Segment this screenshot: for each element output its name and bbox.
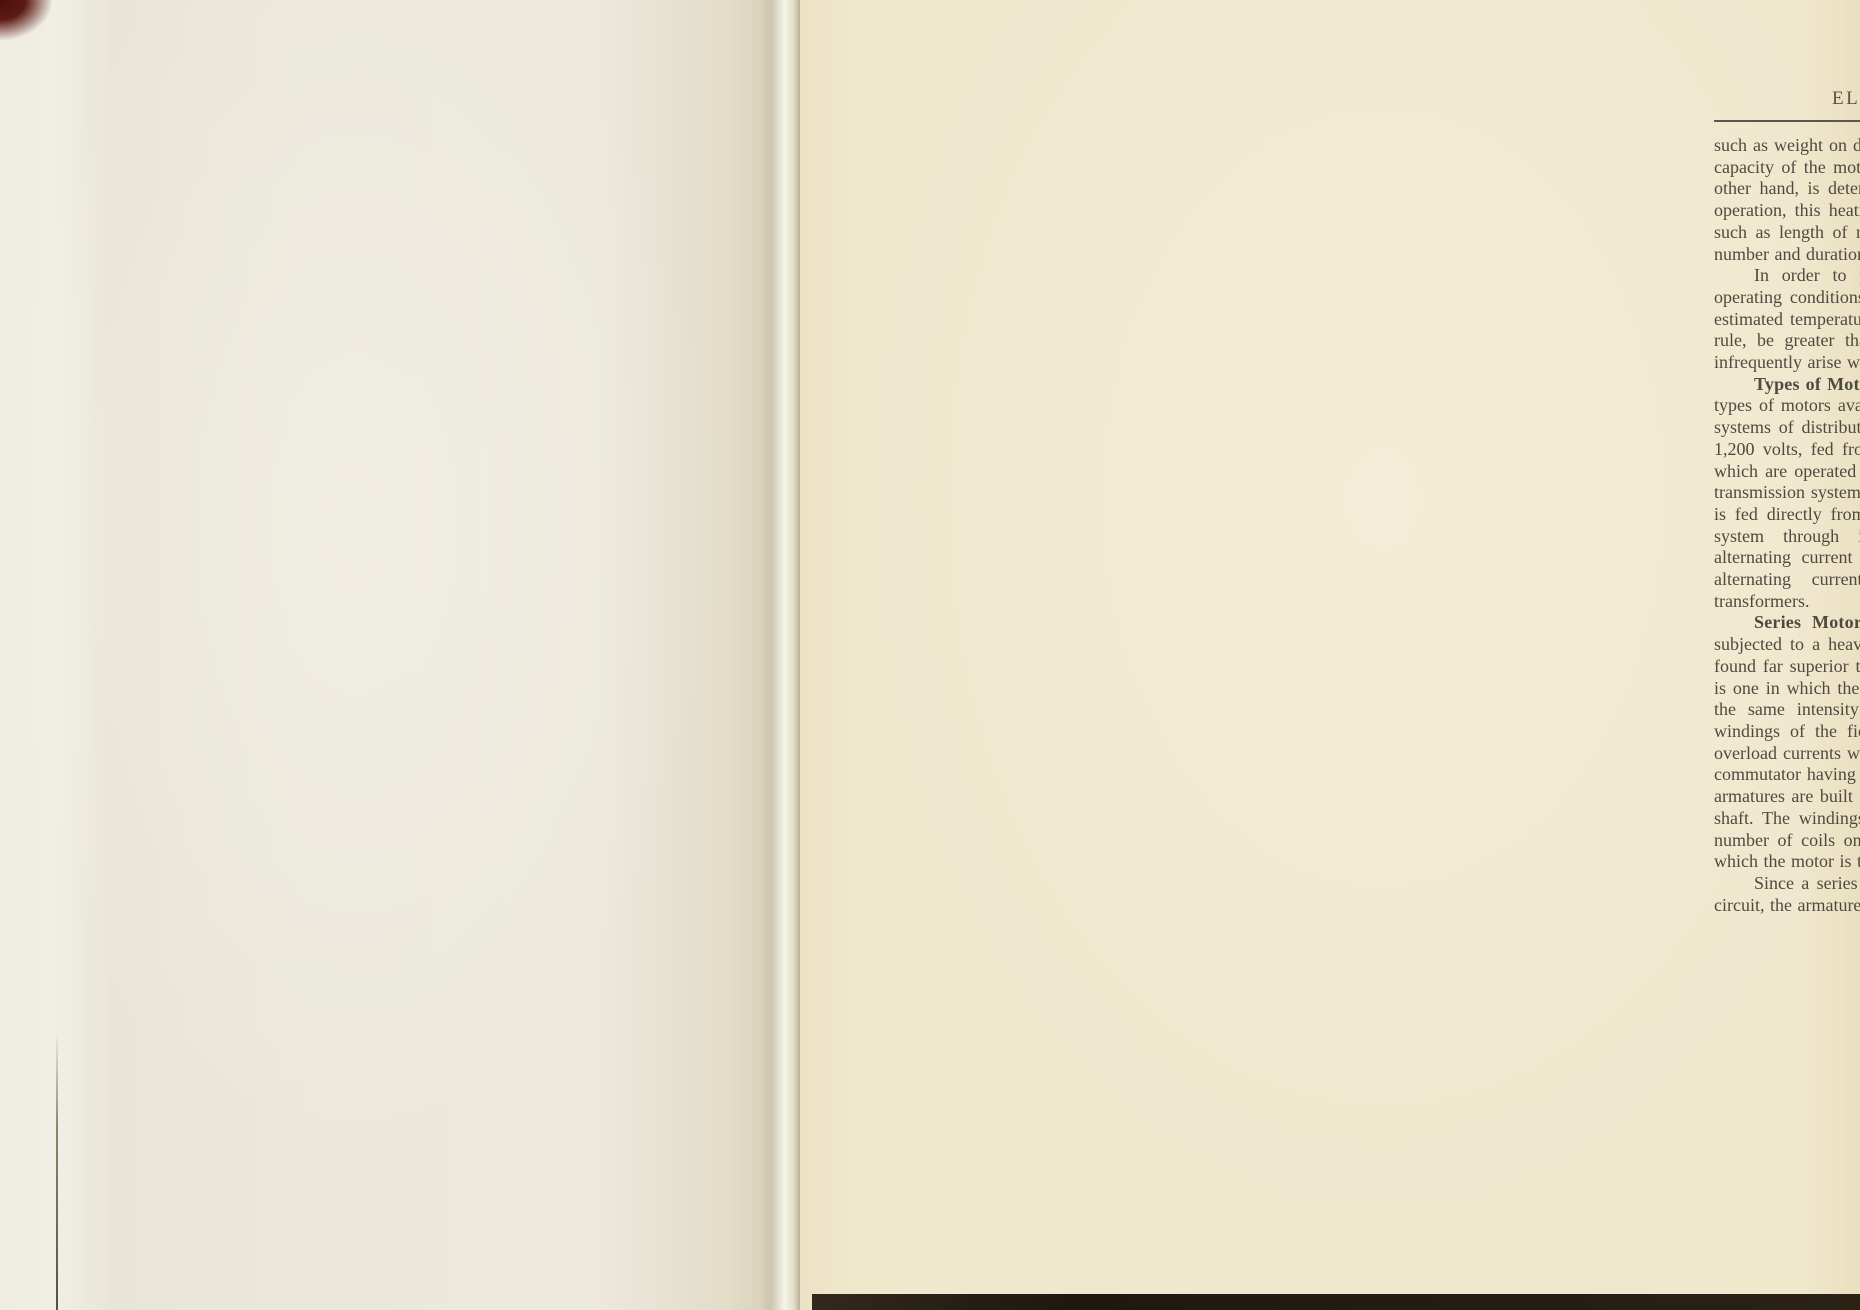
left-blank-page: [0, 0, 790, 1310]
paragraph: Since a series motor is always operated …: [1714, 873, 1860, 916]
paragraph-lead: Types of Motors Available for Railway Se…: [1754, 374, 1860, 394]
paragraph: Types of Motors Available for Railway Se…: [1714, 374, 1860, 613]
running-head-title: ELECTRIC LOCOMOTIVES.: [1714, 88, 1860, 110]
book-cover-corner: [0, 0, 52, 40]
text-column: ELECTRIC LOCOMOTIVES. 1299 such as weigh…: [1714, 88, 1860, 916]
paragraph: Series Motors.Owing to the fact that all…: [1714, 612, 1860, 872]
running-head: ELECTRIC LOCOMOTIVES. 1299: [1714, 88, 1860, 114]
header-rule: [1714, 120, 1860, 122]
left-page-edge-line: [56, 1030, 58, 1310]
body-text: such as weight on drivers, and by electr…: [1714, 135, 1860, 916]
paragraph: In order to provide a margin to cover ch…: [1714, 265, 1860, 374]
bottom-page-edge-strip: [812, 1294, 1860, 1310]
paragraph-lead: Series Motors.: [1754, 612, 1860, 632]
right-text-page: ELECTRIC LOCOMOTIVES. 1299 such as weigh…: [800, 0, 1860, 1310]
paragraph: such as weight on drivers, and by electr…: [1714, 135, 1860, 265]
